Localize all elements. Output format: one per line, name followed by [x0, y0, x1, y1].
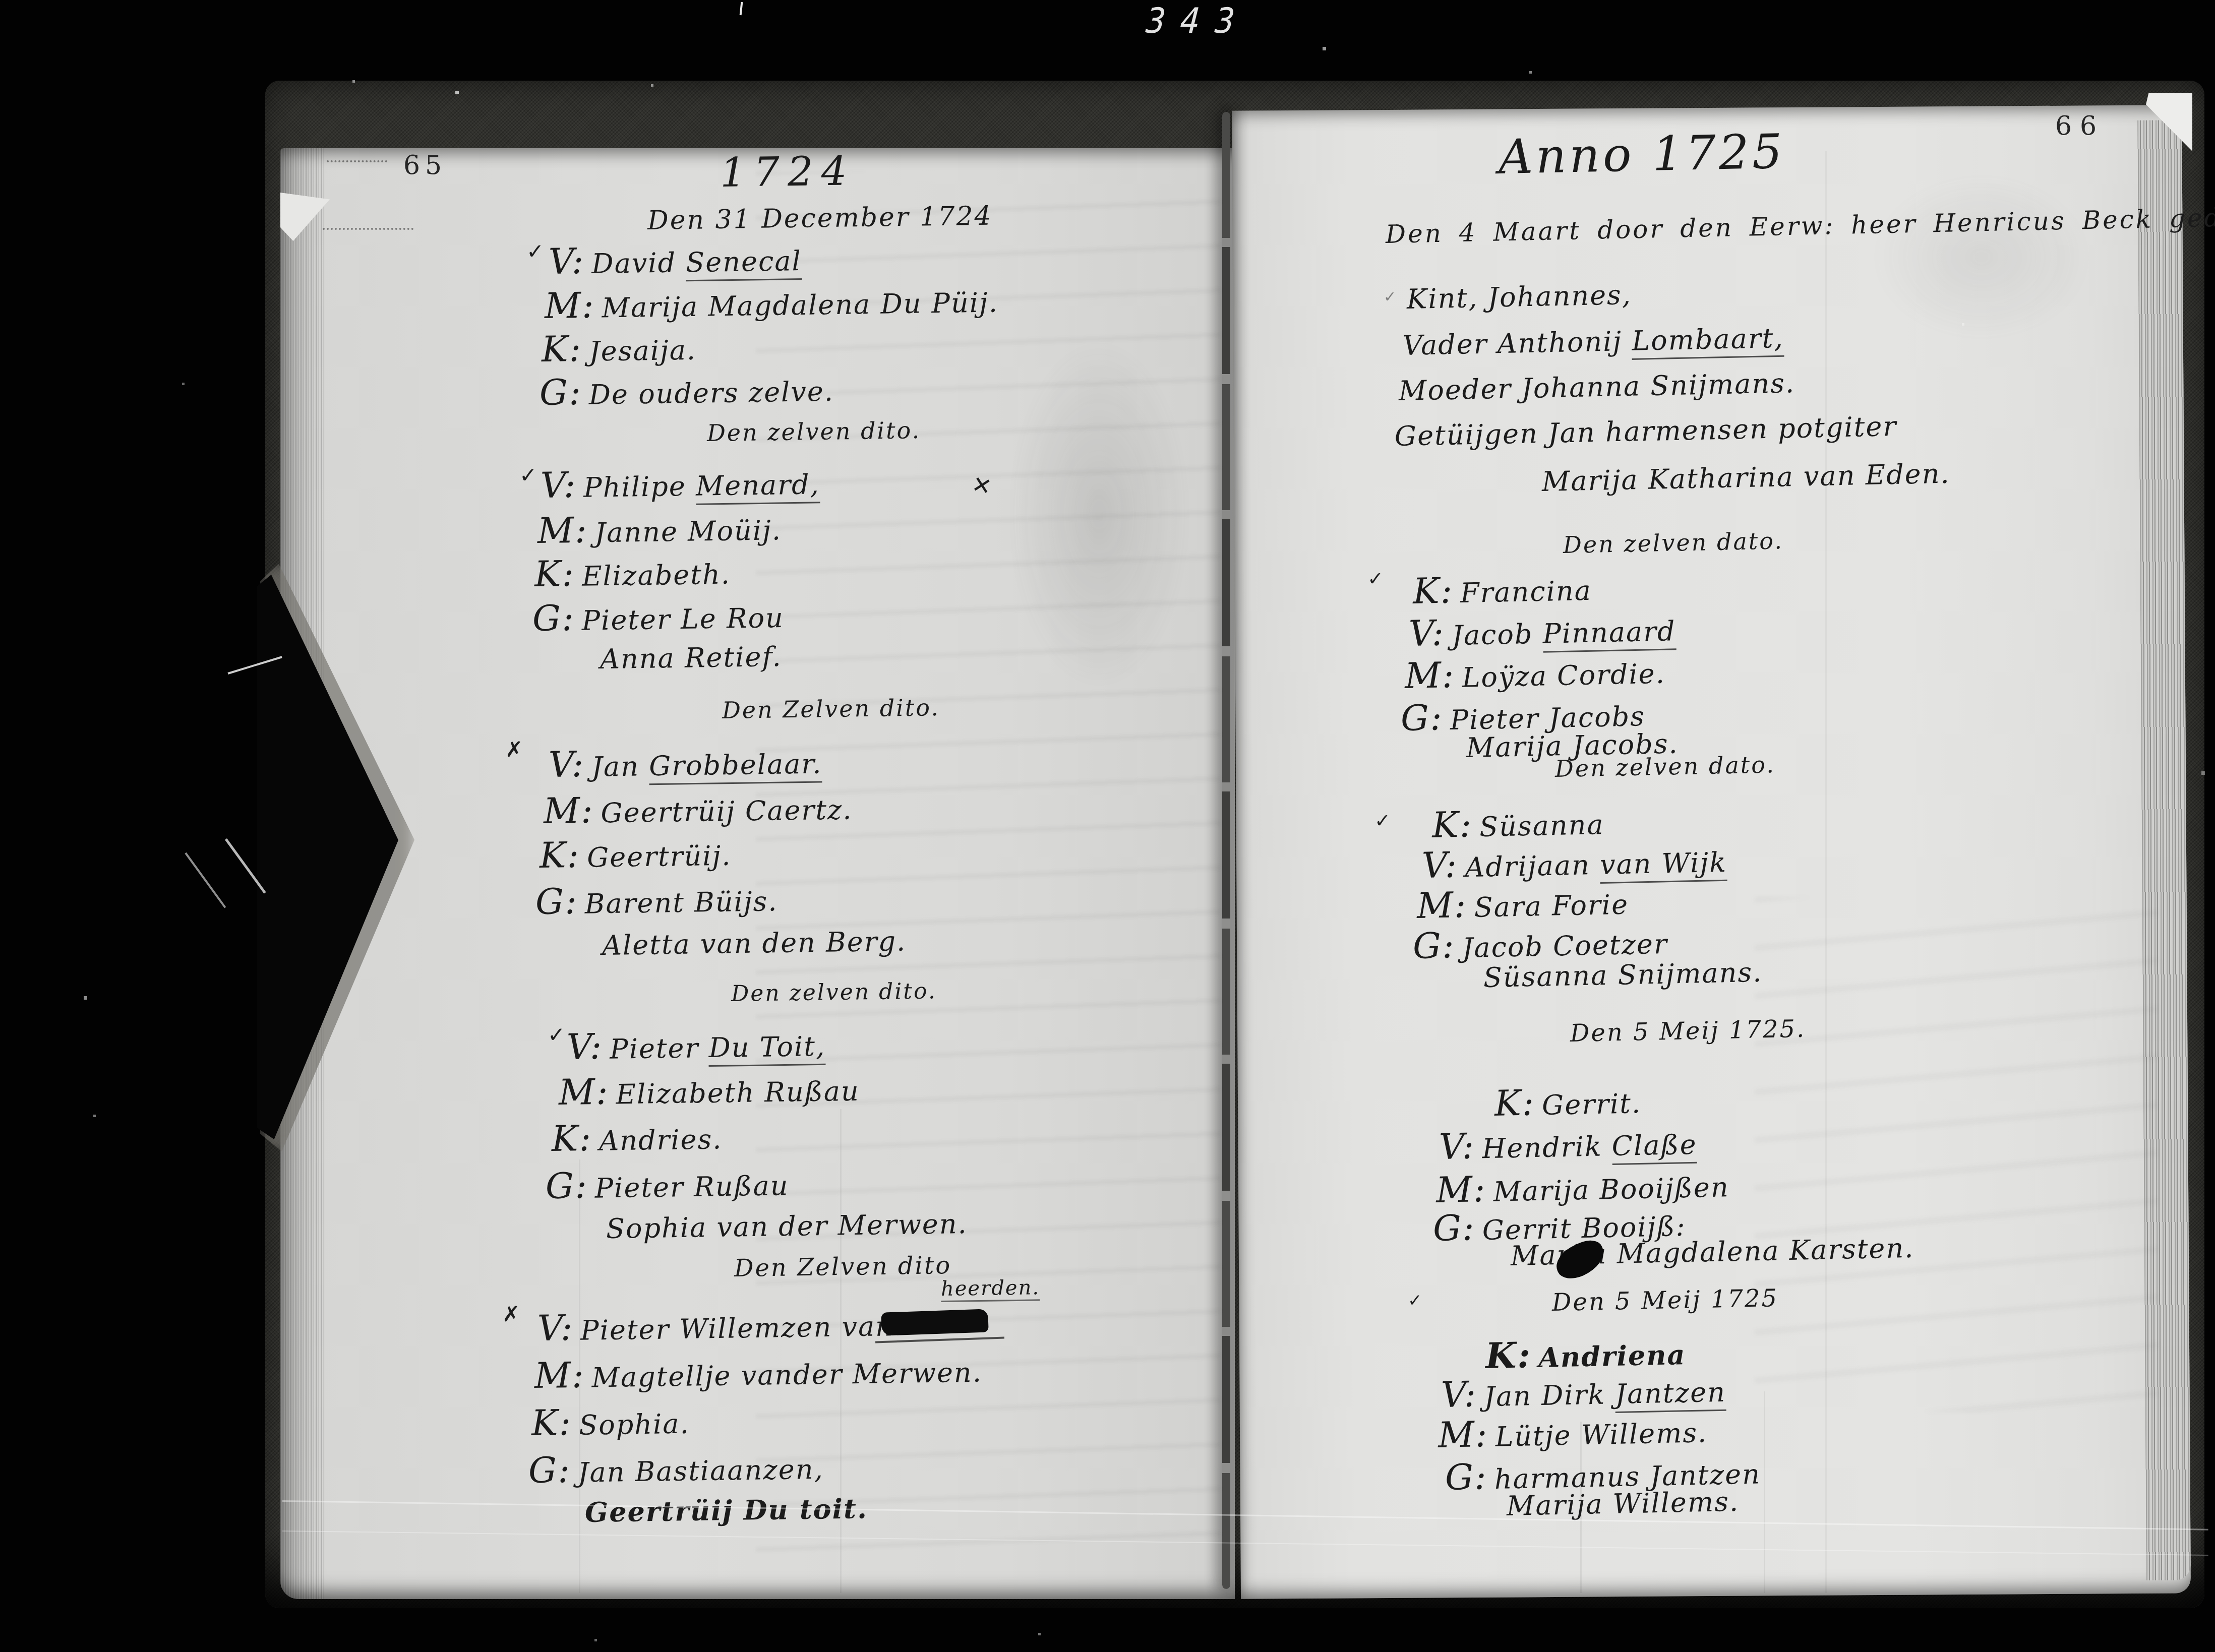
record-line-child: K:Jesaija. [541, 327, 696, 370]
cross-mark: ✗ [505, 737, 523, 762]
page-number: 66 [2055, 111, 2105, 141]
entry-date-heading: Den zelven dito. [707, 416, 921, 447]
record-line-father: V:Pieter Du Toit, [566, 1023, 825, 1068]
check-mark: ✓ [519, 463, 537, 487]
field-label: M: [544, 285, 595, 327]
record-line-father: V:Jan Grobbelaar. [548, 740, 822, 785]
check-mark: ✓ [1408, 1291, 1422, 1311]
cross-mark: ✗ [502, 1302, 520, 1326]
record-line-child: K:Andries. [551, 1116, 722, 1159]
check-mark: ✓ [1374, 810, 1391, 832]
record-line-father: V:David Senecal [548, 237, 802, 282]
paper-crease [1825, 151, 1827, 1593]
record-line-witnesses: G:Pieter Le Rou [532, 594, 784, 639]
check-mark: ✓ [548, 1022, 565, 1047]
superscript-correction: heerden. [941, 1276, 1040, 1302]
record-line-child: K:Sophia. [531, 1400, 690, 1444]
film-frame-counter: 343 [1141, 1, 1254, 41]
entry-date-heading: Den Zelven dito. [722, 694, 940, 724]
entry-date-heading: Den zelven dato. [1563, 527, 1783, 559]
check-mark: ✓ [1367, 568, 1384, 590]
witness-line: Aletta van den Berg. [602, 926, 907, 961]
entry-date-heading: Den 5 Meij 1725 [1551, 1284, 1778, 1317]
record-line-mother: M:Geertrüij Caertz. [543, 786, 853, 832]
struck-out-word [881, 1309, 988, 1335]
film-mark [740, 2, 743, 15]
record-line-mother: M:Lütje Willems. [1438, 1409, 1708, 1456]
record-line-child: Kint, Johannes, [1406, 279, 1632, 315]
record-line-mother: M:Marija Magdalena Du Püij. [544, 279, 998, 327]
film-scratch [185, 852, 226, 908]
record-line-father: V:Philipe Menard, [540, 461, 820, 506]
witness-line: Marija Willems. [1506, 1486, 1739, 1522]
entry-date-heading: Den zelven dito. [731, 978, 937, 1007]
entry-date-heading: Den 5 Meij 1725. [1570, 1015, 1806, 1048]
pencil-dots [327, 160, 387, 162]
record-line-mother: M:Janne Moüij. [537, 507, 782, 552]
field-label: G: [539, 372, 582, 413]
record-line-father: V:Hendrik Claße [1439, 1121, 1697, 1168]
microfilm-scan: { "film": { "frame_counter": "343" }, "b… [0, 0, 2215, 1652]
witness-line: Geertrüij Du toit. [585, 1492, 868, 1528]
record-line-father: V:Pieter Willemzen van [537, 1303, 894, 1349]
pencil-dots [323, 228, 413, 230]
record-line-child: K:Gerrit. [1494, 1080, 1642, 1124]
entry-date-heading: Den Zelven dito [734, 1251, 952, 1282]
check-mark: ✓ [1384, 288, 1396, 306]
record-line-father: V:Adrijaan van Wijk [1421, 839, 1727, 886]
witness-line: Süsanna Snijmans. [1483, 956, 1763, 994]
page-number: 65 [403, 150, 447, 180]
record-line-mother: M:Marija Booijßen [1435, 1164, 1729, 1211]
record-line-child: K:Elizabeth. [534, 551, 731, 595]
record-line-child: K:Geertrüij. [539, 832, 732, 876]
entry-date-heading: Den zelven dato. [1554, 751, 1775, 782]
year-heading: Anno 1725 [1498, 125, 1786, 185]
record-line-child: K:Francina [1412, 567, 1592, 612]
check-mark: ✓ [526, 239, 544, 264]
field-label: V: [548, 240, 584, 282]
record-line-witnesses: G:Barent Büijs. [535, 878, 777, 923]
witness-line: Sophia van der Merwen. [606, 1208, 968, 1245]
dust-specks [0, 0, 2, 2]
record-line-witnesses: G:De ouders zelve. [539, 368, 834, 413]
field-label: K: [541, 328, 582, 370]
record-line-witnesses: G:Jan Bastiaanzen, [528, 1446, 824, 1491]
record-line-mother: M:Sara Forie [1416, 881, 1629, 927]
year-heading: 1724 [720, 147, 855, 196]
record-line-father: V:Jacob Pinnaard [1408, 607, 1676, 654]
witness-line: Anna Retief. [600, 641, 783, 675]
paper-crease [1764, 1391, 1765, 1593]
record-line-mother: M:Loÿza Cordie. [1404, 650, 1665, 697]
entry-date-heading: Den 31 December 1724 [647, 201, 993, 236]
record-line-child: K:Süsanna [1431, 801, 1604, 846]
record-line-mother: M:Elizabeth Rußau [558, 1068, 860, 1113]
record-line-mother: M:Magtellje vander Merwen. [534, 1349, 982, 1396]
record-line-father: V:Jan Dirk Jantzen [1441, 1369, 1726, 1416]
book-gutter [1222, 112, 1230, 1589]
record-line-witnesses: G:Pieter Rußau [545, 1162, 789, 1207]
